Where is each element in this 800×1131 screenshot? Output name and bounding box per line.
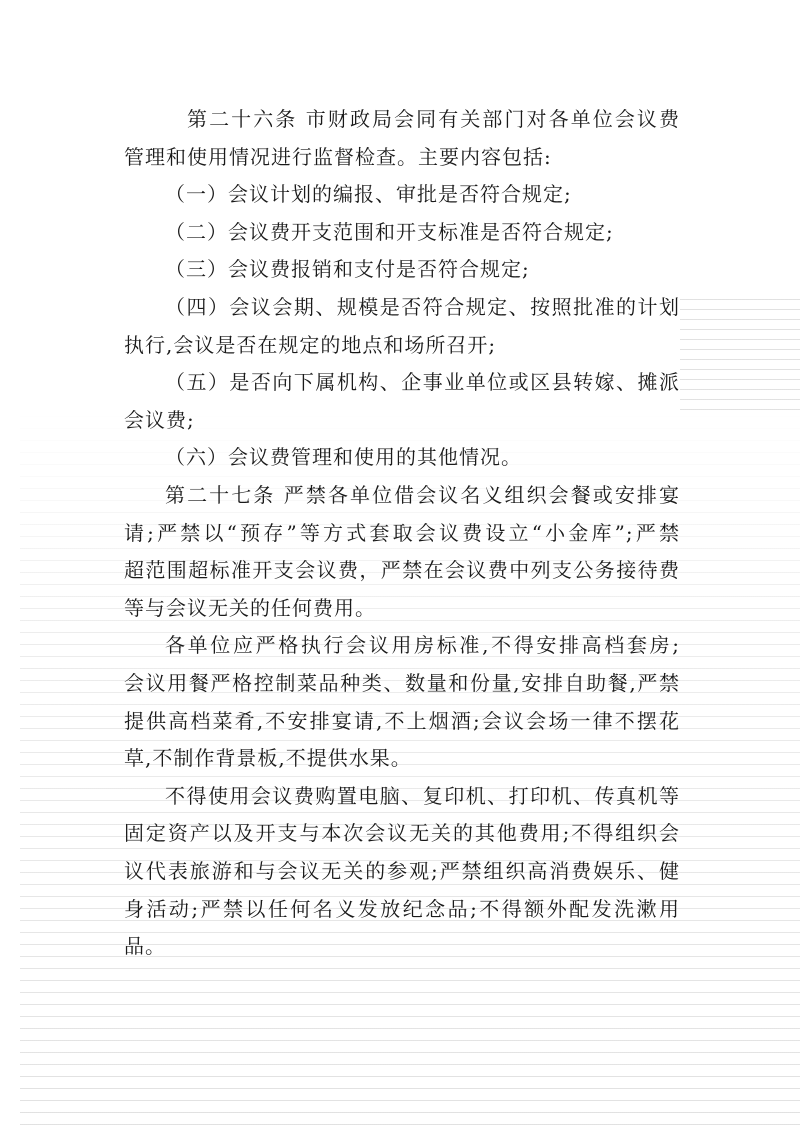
text-line: （三）会议费报销和支付是否符合规定; (165, 256, 530, 282)
text-line: 超范围超标准开支会议费，严禁在会议费中列支公务接待费 (124, 557, 680, 583)
text-line: 议代表旅游和与会议无关的参观;严禁组织高消费娱乐、健 (124, 858, 680, 884)
text-line: 会议用餐严格控制菜品种类、数量和份量,安排自助餐,严禁 (124, 670, 680, 696)
text-line: 各单位应严格执行会议用房标准,不得安排高档套房; (165, 632, 680, 658)
text-line: 固定资产以及开支与本次会议无关的其他费用;不得组织会 (124, 820, 680, 846)
text-line: （四）会议会期、规模是否符合规定、按照批准的计划 (165, 294, 680, 320)
document-page: 第二十六条 市财政局会同有关部门对各单位会议费 管理和使用情况进行监督检查。主要… (0, 0, 800, 1131)
text-line: （二）会议费开支范围和开支标准是否符合规定; (165, 219, 614, 245)
text-line: 管理和使用情况进行监督检查。主要内容包括: (124, 144, 552, 170)
text-line: 草,不制作背景板,不提供水果。 (124, 745, 412, 771)
text-line: 请;严禁以“预存”等方式套取会议费设立“小金库”;严禁 (124, 520, 680, 546)
text-line: （一）会议计划的编报、审批是否符合规定; (165, 181, 572, 207)
text-line: 不得使用会议费购置电脑、复印机、打印机、传真机等 (165, 783, 680, 809)
text-line: 身活动;严禁以任何名义发放纪念品;不得额外配发洗漱用 (124, 896, 680, 922)
text-line: 会议费; (124, 407, 195, 433)
text-line: 品。 (124, 933, 166, 959)
text-line: 第二十六条 市财政局会同有关部门对各单位会议费 (187, 106, 680, 132)
text-line: （五）是否向下属机构、企事业单位或区县转嫁、摊派 (165, 369, 680, 395)
text-line: 等与会议无关的任何费用。 (124, 595, 376, 621)
text-line: 提供高档菜肴,不安排宴请,不上烟酒;会议会场一律不摆花 (124, 708, 680, 734)
text-line: 执行,会议是否在规定的地点和场所召开; (124, 332, 496, 358)
text-line: （六）会议费管理和使用的其他情况。 (165, 444, 522, 470)
text-line: 第二十七条 严禁各单位借会议名义组织会餐或安排宴 (165, 482, 680, 508)
